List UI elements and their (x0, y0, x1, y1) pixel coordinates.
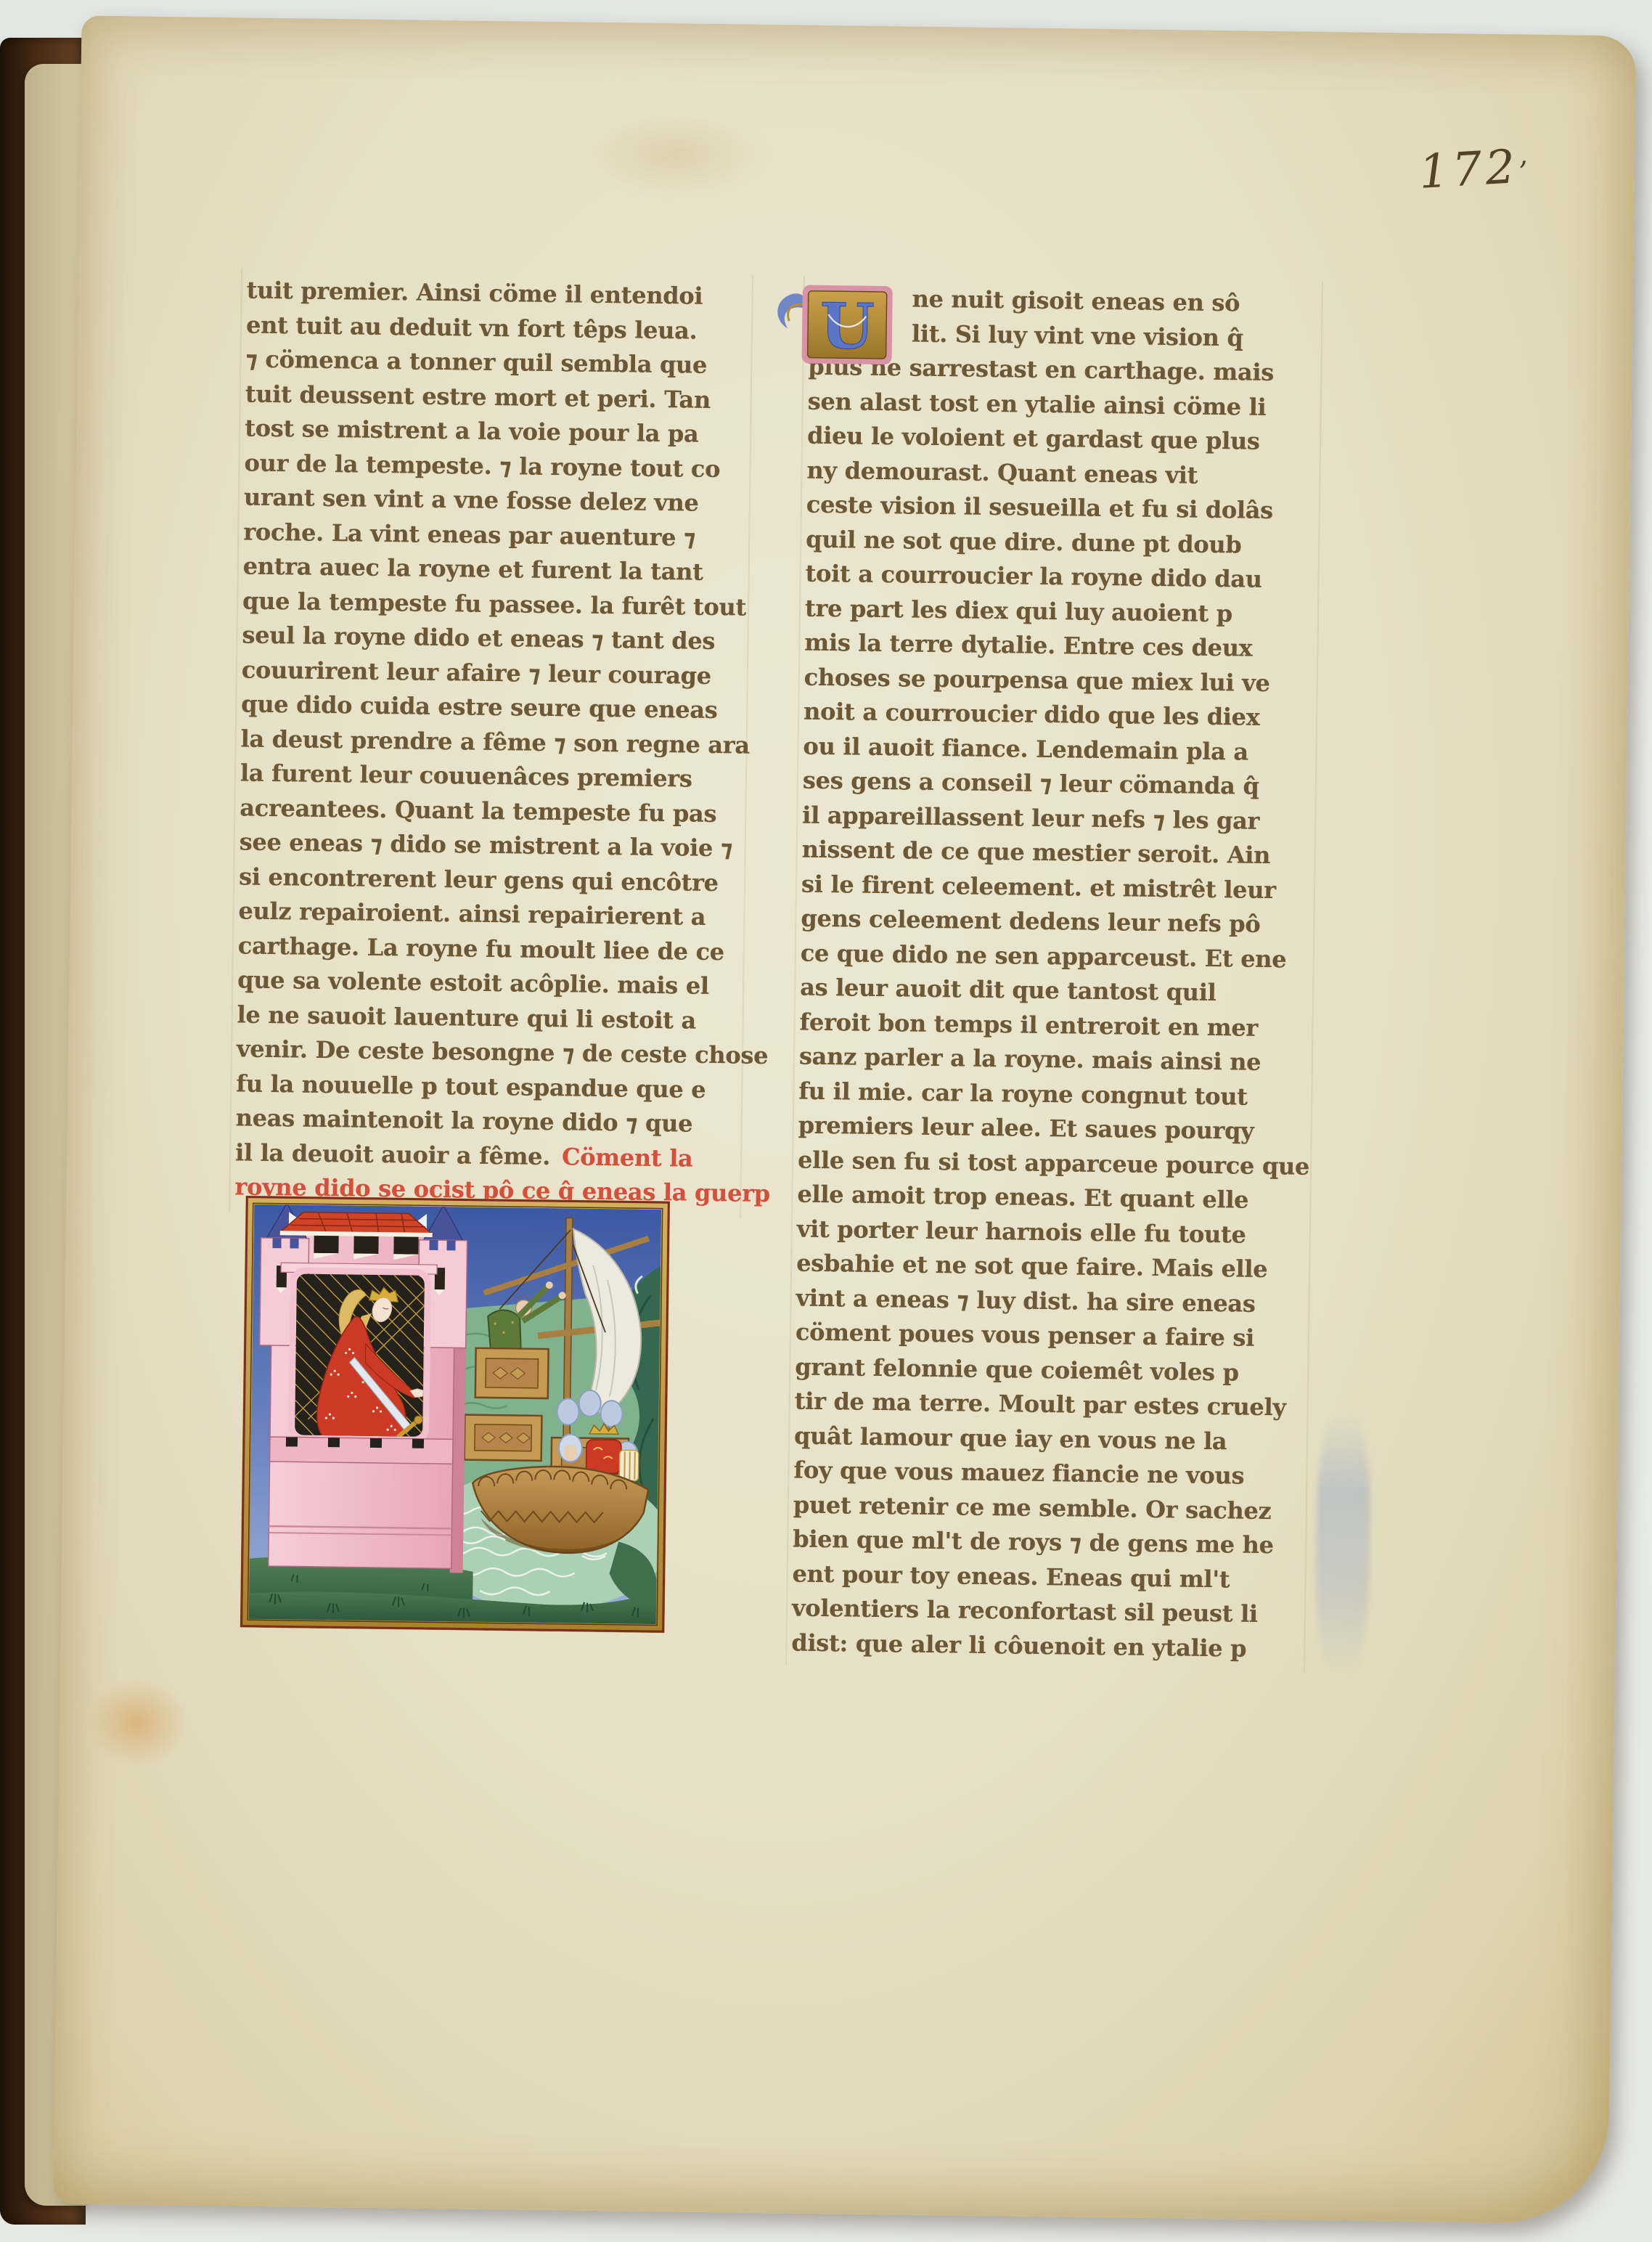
text-line: ⁊ cömenca a tonner quil sembla que (245, 342, 747, 383)
text-line: cöment poues vous penser a faire si (796, 1316, 1304, 1357)
text-line: entra auec la royne et furent la tant (242, 549, 744, 590)
text-line: que dido cuida estre seure que eneas (241, 687, 743, 728)
parchment-stain (580, 110, 770, 199)
text-line: premiers leur alee. Et saues pourqy (798, 1109, 1307, 1150)
text-line: nissent de ce que mestier seroit. Ain (801, 833, 1310, 874)
sword-pommel (414, 1416, 422, 1424)
text-line: gens celeement dedens leur nefs pô (801, 902, 1309, 943)
text-line: seul la royne dido et eneas ⁊ tant des (242, 618, 743, 659)
rubric-start: Cöment la (562, 1143, 693, 1172)
text-line: tir de ma terre. Moult par estes cruely (794, 1385, 1303, 1426)
text-line: que sa volente estoit acôplie. mais el (237, 963, 739, 1004)
castle-of-carthage (257, 1203, 468, 1573)
red-roof (280, 1212, 433, 1234)
folio-flourish: ’ (1518, 155, 1529, 189)
text-line: dist: que aler li côuenoit en ytalie p (791, 1626, 1300, 1667)
text-line: noit a courroucier dido que les diex (803, 695, 1312, 736)
text-line: mis la terre dytalie. Entre ces deux (804, 626, 1313, 667)
text-line: ses gens a conseil ⁊ leur cömanda q̂ (803, 764, 1312, 805)
text-line: urant sen vint a vne fosse delez vne (244, 480, 745, 521)
text-line: bien que ml't de roys ⁊ de gens me he (793, 1522, 1301, 1563)
text-line: see eneas ⁊ dido se mistrent a la voie ⁊ (239, 825, 740, 866)
text-column-left: tuit premier. Ainsi cöme il entendoient … (234, 273, 748, 1210)
text-block: ne nuit gisoit eneas en sôlit. Si luy vi… (791, 281, 1317, 1667)
text-line: dieu le voloient et gardast que plus (807, 419, 1316, 460)
text-line: elle amoit trop eneas. Et quant elle (797, 1178, 1306, 1219)
text-line: sanz parler a la royne. mais ainsi ne (799, 1040, 1308, 1081)
text-line: tuit premier. Ainsi cöme il entendoi (246, 273, 748, 314)
text-line: esbahie et ne sot que faire. Mais elle (796, 1247, 1305, 1288)
decorated-initial: U (766, 283, 895, 366)
text-line: tost se mistrent a la voie pour la pa (245, 411, 746, 452)
text-line: ceste vision il sesueilla et fu si dolâs (806, 488, 1315, 529)
text-column-right: ne nuit gisoit eneas en sôlit. Si luy vi… (791, 281, 1317, 1667)
text-line: as leur auoit dit que tantost quil (800, 971, 1309, 1012)
folio-number: 172’ (1418, 139, 1529, 199)
text-line: neas maintenoit la royne dido ⁊ que (235, 1101, 737, 1142)
miniature-dido-suicide (240, 1196, 671, 1634)
text-line: foy que vous mauez fiancie ne vous (793, 1454, 1302, 1495)
text-line: eulz repairoient. ainsi repairierent a (238, 894, 740, 935)
pigment-offset-smudge (1314, 1410, 1372, 1679)
text-line: il la deuoit auoir a fême. (235, 1138, 562, 1170)
text-line: venir. De ceste besongne ⁊ de ceste chos… (237, 1032, 738, 1073)
text-block: tuit premier. Ainsi cöme il entendoient … (235, 273, 747, 1141)
manuscript-photo: 172’ tuit premier. Ainsi cöme il entendo… (0, 0, 1652, 2242)
text-line: la furent leur couuenâces premiers (240, 756, 742, 797)
text-line: toit a courroucier la royne dido dau (805, 557, 1314, 598)
parchment-stain (85, 1679, 188, 1767)
manuscript-page: 172’ tuit premier. Ainsi cöme il entendo… (53, 15, 1636, 2224)
text-line: volentiers la reconfortast sil peust li (792, 1591, 1301, 1632)
